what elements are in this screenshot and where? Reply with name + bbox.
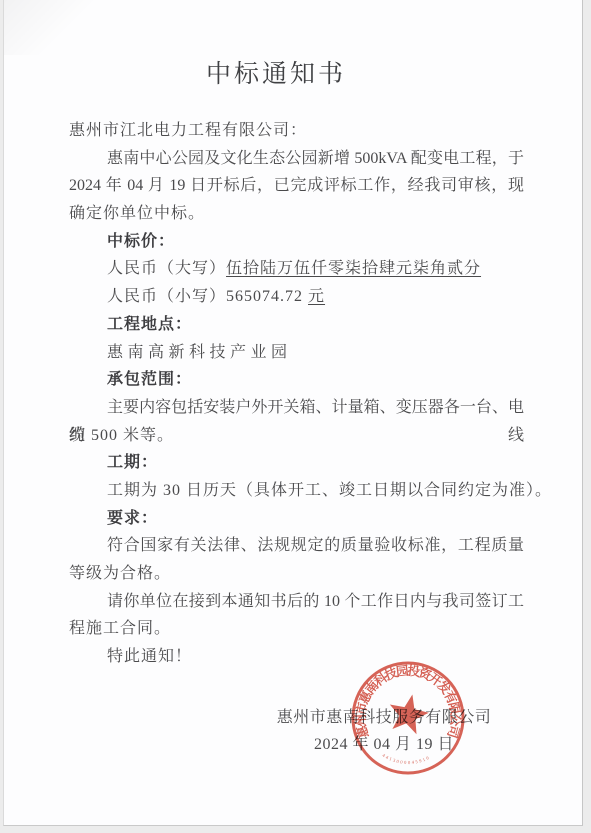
document-title: 中标通知书 [4, 54, 548, 90]
seal-serial-number: 4413000045910 [381, 753, 431, 765]
price-heading: 中标价： [69, 228, 524, 256]
seal-star-icon [390, 695, 429, 735]
requirement-line: 符合国家有关法律、法规规定的质量验收标准，工程质量 [69, 532, 524, 560]
price-uppercase-line: 人民币（大写）伍拾陆万伍仟零柒拾肆元柒角贰分 [69, 255, 524, 283]
scanned-document: { "doc": { "title": "中标通知书", "salutation… [0, 0, 591, 833]
price-numeric-line: 人民币（小写）565074.72 元 [69, 283, 524, 311]
paragraph-line: 确定你单位中标。 [69, 200, 524, 228]
price-uppercase-value: 伍拾陆万伍仟零柒拾肆元柒角贰分 [226, 260, 481, 277]
notice-line: 请你单位在接到本通知书后的 10 个工作日内与我司签订工 [69, 588, 524, 616]
location-heading: 工程地点： [69, 311, 524, 339]
price-numeric-value: 565074.72 [226, 288, 308, 305]
seal-ring-text-holder: 惠州市惠南科技园投资开发有限公司 [353, 663, 462, 740]
paper-sheet: 中标通知书 惠州市江北电力工程有限公司： 惠南中心公园及文化生态公园新增 500… [3, 0, 583, 826]
scan-corner-shadow [4, 0, 94, 55]
seal-serial-holder: 4413000045910 [381, 753, 431, 765]
duration-heading: 工期： [69, 449, 524, 477]
notice-line: 程施工合同。 [69, 615, 524, 643]
scope-line: 主要内容包括安装户外开关箱、计量箱、变压器各一台、电缆线 [69, 394, 524, 422]
paragraph-line: 惠南中心公园及文化生态公园新增 500kVA 配变电工程，于 [69, 145, 524, 173]
requirement-heading: 要求： [69, 505, 524, 533]
company-seal: 惠州市惠南科技园投资开发有限公司 4413000045910 [338, 648, 478, 788]
scope-heading: 承包范围： [69, 366, 524, 394]
location-value: 惠南高新科技产业园 [69, 339, 524, 367]
price-numeric-label: 人民币（小写） [107, 288, 226, 305]
duration-value: 工期为 30 日历天（具体开工、竣工日期以合同约定为准）。 [69, 477, 524, 505]
paragraph-line: 2024 年 04 月 19 日开标后，已完成评标工作，经我司审核，现 [69, 172, 524, 200]
seal-ring-text: 惠州市惠南科技园投资开发有限公司 [353, 663, 462, 740]
document-body: 惠州市江北电力工程有限公司： 惠南中心公园及文化生态公园新增 500kVA 配变… [69, 117, 524, 671]
requirement-line: 等级为合格。 [69, 560, 524, 588]
price-numeric-unit: 元 [308, 288, 325, 305]
price-uppercase-label: 人民币（大写） [107, 260, 226, 277]
salutation-line: 惠州市江北电力工程有限公司： [69, 117, 524, 145]
